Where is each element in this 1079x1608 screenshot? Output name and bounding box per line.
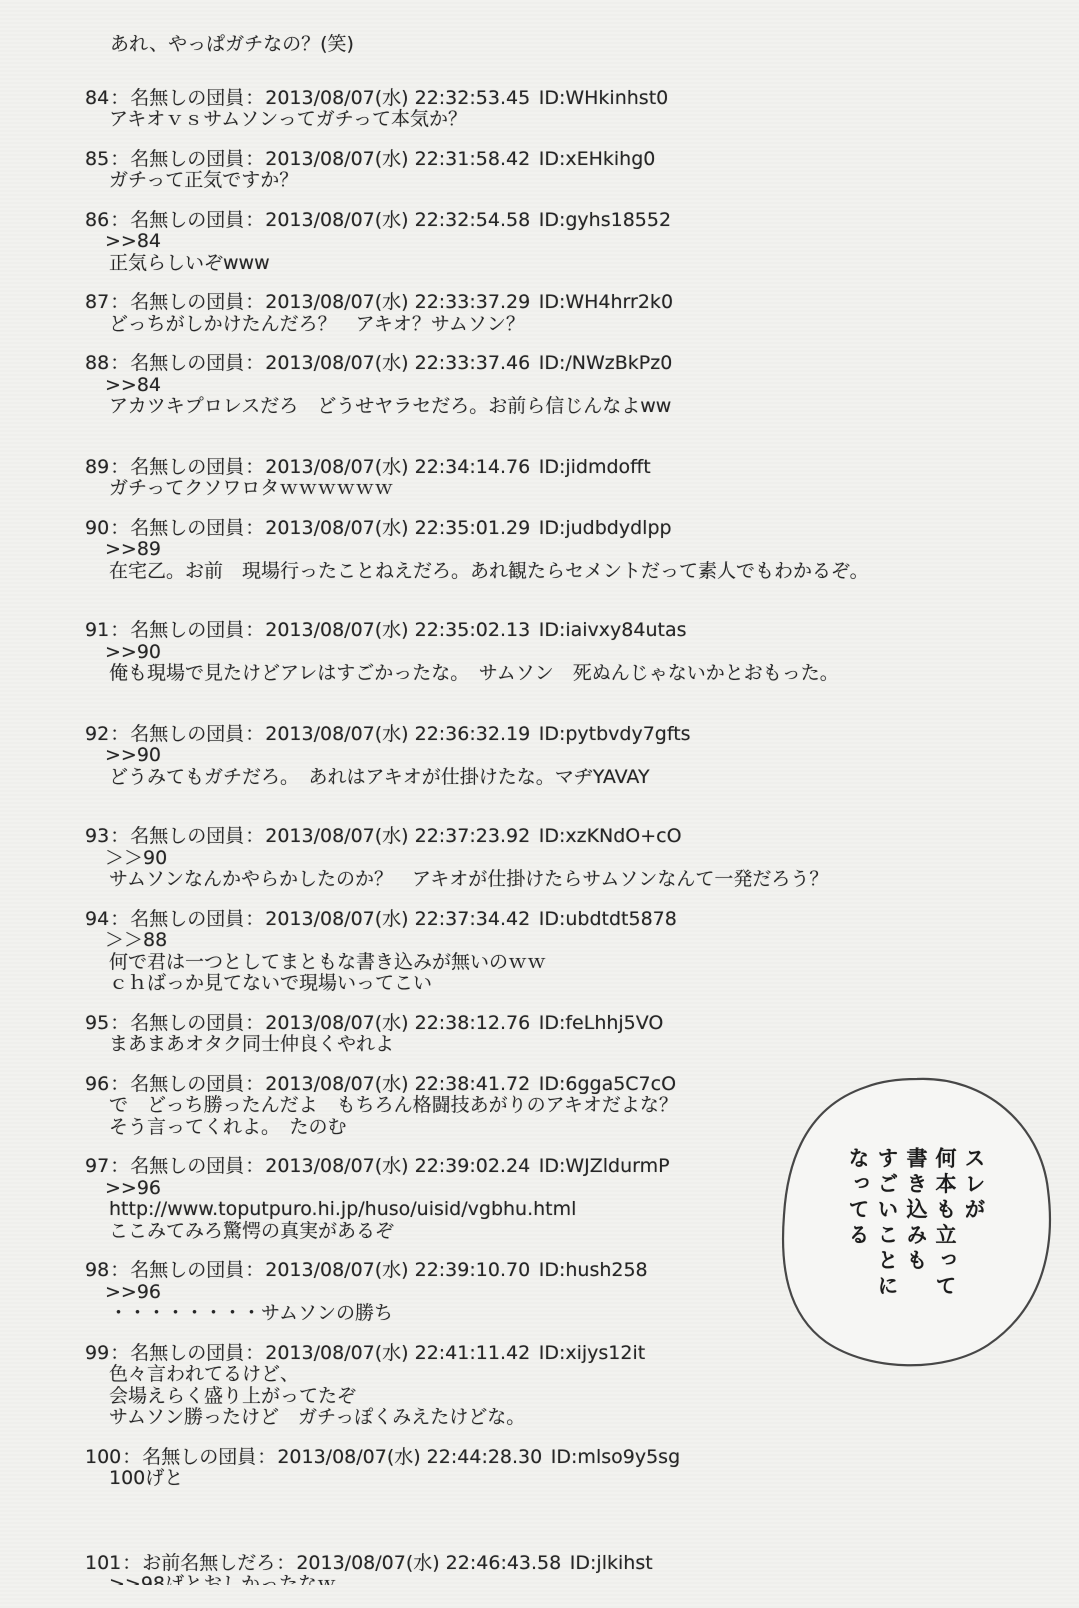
- post-header: 87：名無しの団員：2013/08/07(水) 22:33:37.29ID:WH…: [85, 292, 1079, 314]
- post-datetime: 2013/08/07(水) 22:38:41.72: [265, 1073, 530, 1095]
- poster-name: お前名無しだろ: [142, 1552, 275, 1574]
- post-id: ID:feLhhj5VO: [539, 1012, 664, 1034]
- post-text-line: サムソン勝ったけど ガチっぽくみえたけどな。: [85, 1407, 1079, 1429]
- post-body: ガチって正気ですか？: [85, 170, 1079, 192]
- post-body: >>90どうみてもガチだろ。 あれはアキオが仕掛けたな。マヂYAVAY: [85, 745, 1079, 788]
- post-id: ID:pytbvdy7gfts: [539, 723, 691, 745]
- poster-name: 名無しの団員: [130, 456, 244, 478]
- post-body: まあまあオタク同士仲良くやれよ: [85, 1034, 1079, 1056]
- post-text-line: アカツキプロレスだろ どうせヤラセだろ。お前ら信じんなよww: [85, 396, 1079, 418]
- poster-name: 名無しの団員: [130, 1342, 244, 1364]
- post-header: 84：名無しの団員：2013/08/07(水) 22:32:53.45ID:WH…: [85, 88, 1079, 110]
- separator: ：: [109, 908, 130, 930]
- separator: ：: [121, 1446, 142, 1468]
- post-id: ID:6gga5C7cO: [539, 1073, 676, 1095]
- reply-anchor: >>90: [85, 745, 1079, 767]
- post: 86：名無しの団員：2013/08/07(水) 22:32:54.58ID:gy…: [85, 210, 1079, 275]
- poster-name: 名無しの団員: [130, 352, 244, 374]
- post: 87：名無しの団員：2013/08/07(水) 22:33:37.29ID:WH…: [85, 292, 1079, 335]
- reply-anchor: >>89: [85, 539, 1079, 561]
- poster-name: 名無しの団員: [130, 1073, 244, 1095]
- post-header: 95：名無しの団員：2013/08/07(水) 22:38:12.76ID:fe…: [85, 1013, 1079, 1035]
- post-id: ID:jidmdofft: [539, 456, 651, 478]
- post: 85：名無しの団員：2013/08/07(水) 22:31:58.42ID:xE…: [85, 149, 1079, 192]
- post-header: 100：名無しの団員：2013/08/07(水) 22:44:28.30ID:m…: [85, 1447, 1079, 1469]
- separator: ：: [109, 456, 130, 478]
- intro-line: あれ、やっぱガチなの？(笑): [85, 34, 1079, 56]
- poster-name: 名無しの団員: [130, 209, 244, 231]
- post-number: 100: [85, 1446, 121, 1468]
- post-body: >>84アカツキプロレスだろ どうせヤラセだろ。お前ら信じんなよww: [85, 375, 1079, 418]
- post: 91：名無しの団員：2013/08/07(水) 22:35:02.13ID:ia…: [85, 620, 1079, 685]
- post-datetime: 2013/08/07(水) 22:32:53.45: [265, 87, 530, 109]
- post-number: 91: [85, 619, 109, 641]
- post-text-line: 正気らしいぞwww: [85, 253, 1079, 275]
- post-number: 94: [85, 908, 109, 930]
- separator: ：: [244, 148, 265, 170]
- separator: ：: [244, 456, 265, 478]
- post-text-line: 会場えらく盛り上がってたぞ: [85, 1386, 1079, 1408]
- post-body: 100げと: [85, 1468, 1079, 1490]
- post-body: >>89在宅乙。お前 現場行ったことねえだろ。あれ観たらセメントだって素人でもわ…: [85, 539, 1079, 582]
- reply-anchor: ＞＞88: [85, 930, 1079, 952]
- post-body: ＞＞90サムソンなんかやらかしたのか？ アキオが仕掛けたらサムソンなんて一発だろ…: [85, 848, 1079, 891]
- post-text-line: まあまあオタク同士仲良くやれよ: [85, 1034, 1079, 1056]
- separator: ：: [109, 352, 130, 374]
- separator: ：: [244, 517, 265, 539]
- post-datetime: 2013/08/07(水) 22:33:37.46: [265, 352, 530, 374]
- post-id: ID:/NWzBkPz0: [539, 352, 673, 374]
- separator: ：: [109, 723, 130, 745]
- post-number: 86: [85, 209, 109, 231]
- post-datetime: 2013/08/07(水) 22:37:23.92: [265, 825, 530, 847]
- speech-bubble-text: スレが何本も立って書き込みもすごいことになってる: [843, 1147, 988, 1385]
- separator: ：: [244, 1012, 265, 1034]
- post: 88：名無しの団員：2013/08/07(水) 22:33:37.46ID:/N…: [85, 353, 1079, 418]
- separator: ：: [244, 1073, 265, 1095]
- post-body: どっちがしかけたんだろ？ アキオ？サムソン？: [85, 314, 1079, 336]
- separator: ：: [109, 291, 130, 313]
- post-number: 97: [85, 1155, 109, 1177]
- separator: ：: [109, 1155, 130, 1177]
- post-body: で どっち勝ったんだよ もちろん格闘技あがりのアキオだよな？そう言ってくれよ。 …: [85, 1095, 1079, 1138]
- poster-name: 名無しの団員: [130, 619, 244, 641]
- reply-anchor: >>90: [85, 642, 1079, 664]
- post-number: 90: [85, 517, 109, 539]
- post-id: ID:WH4hrr2k0: [539, 291, 673, 313]
- post-number: 101: [85, 1552, 121, 1574]
- post-datetime: 2013/08/07(水) 22:35:02.13: [265, 619, 530, 641]
- post-body: アキオｖｓサムソンってガチって本気か？: [85, 109, 1079, 131]
- separator: ：: [244, 1342, 265, 1364]
- post-text-line: ガチって正気ですか？: [85, 170, 1079, 192]
- post-datetime: 2013/08/07(水) 22:34:14.76: [265, 456, 530, 478]
- separator: ：: [109, 619, 130, 641]
- separator: ：: [109, 1342, 130, 1364]
- post-body: >>98げとおしかったなｗ: [85, 1574, 1079, 1585]
- post-number: 95: [85, 1012, 109, 1034]
- post: 96：名無しの団員：2013/08/07(水) 22:38:41.72ID:6g…: [85, 1074, 1079, 1139]
- poster-name: 名無しの団員: [130, 1259, 244, 1281]
- post-datetime: 2013/08/07(水) 22:44:28.30: [277, 1446, 542, 1468]
- post-datetime: 2013/08/07(水) 22:37:34.42: [265, 908, 530, 930]
- post-number: 96: [85, 1073, 109, 1095]
- reply-anchor: >>84: [85, 375, 1079, 397]
- post-id: ID:WHkinhst0: [539, 87, 669, 109]
- post-id: ID:mlso9y5sg: [551, 1446, 680, 1468]
- post-datetime: 2013/08/07(水) 22:32:54.58: [265, 209, 530, 231]
- reply-anchor: >>84: [85, 231, 1079, 253]
- post: 93：名無しの団員：2013/08/07(水) 22:37:23.92ID:xz…: [85, 826, 1079, 891]
- separator: ：: [244, 87, 265, 109]
- separator: ：: [244, 291, 265, 313]
- poster-name: 名無しの団員: [130, 148, 244, 170]
- post-header: 85：名無しの団員：2013/08/07(水) 22:31:58.42ID:xE…: [85, 149, 1079, 171]
- poster-name: 名無しの団員: [130, 723, 244, 745]
- post-number: 88: [85, 352, 109, 374]
- post-number: 89: [85, 456, 109, 478]
- post: 92：名無しの団員：2013/08/07(水) 22:36:32.19ID:py…: [85, 724, 1079, 789]
- post-id: ID:judbdydlpp: [539, 517, 672, 539]
- post-id: ID:xzKNdO+cO: [539, 825, 682, 847]
- post-number: 99: [85, 1342, 109, 1364]
- separator: ：: [244, 908, 265, 930]
- post-datetime: 2013/08/07(水) 22:31:58.42: [265, 148, 530, 170]
- post: 90：名無しの団員：2013/08/07(水) 22:35:01.29ID:ju…: [85, 518, 1079, 583]
- separator: ：: [244, 723, 265, 745]
- separator: ：: [256, 1446, 277, 1468]
- post-id: ID:jlkihst: [570, 1552, 653, 1574]
- post-datetime: 2013/08/07(水) 22:38:12.76: [265, 1012, 530, 1034]
- post-text-line: 100げと: [85, 1468, 1079, 1490]
- post-header: 90：名無しの団員：2013/08/07(水) 22:35:01.29ID:ju…: [85, 518, 1079, 540]
- poster-name: 名無しの団員: [130, 291, 244, 313]
- scanned-thread-page: あれ、やっぱガチなの？(笑) 84：名無しの団員：2013/08/07(水) 2…: [0, 0, 1079, 1608]
- post-header: 101：お前名無しだろ：2013/08/07(水) 22:46:43.58ID:…: [85, 1553, 1079, 1575]
- post-header: 96：名無しの団員：2013/08/07(水) 22:38:41.72ID:6g…: [85, 1074, 1079, 1096]
- post-text-line: アキオｖｓサムソンってガチって本気か？: [85, 109, 1079, 131]
- post-header: 91：名無しの団員：2013/08/07(水) 22:35:02.13ID:ia…: [85, 620, 1079, 642]
- post-body: ガチってクソワロタｗｗｗｗｗｗ: [85, 478, 1079, 500]
- post-datetime: 2013/08/07(水) 22:33:37.29: [265, 291, 530, 313]
- post: 89：名無しの団員：2013/08/07(水) 22:34:14.76ID:ji…: [85, 457, 1079, 500]
- separator: ：: [109, 825, 130, 847]
- post-number: 98: [85, 1259, 109, 1281]
- post-header: 92：名無しの団員：2013/08/07(水) 22:36:32.19ID:py…: [85, 724, 1079, 746]
- post-body: >>90俺も現場で見たけどアレはすごかったな。 サムソン 死ぬんじゃないかとおも…: [85, 642, 1079, 685]
- poster-name: 名無しの団員: [142, 1446, 256, 1468]
- post-body: >>84正気らしいぞwww: [85, 231, 1079, 274]
- separator: ：: [244, 209, 265, 231]
- post-id: ID:gyhs18552: [539, 209, 671, 231]
- separator: ：: [109, 209, 130, 231]
- post-header: 93：名無しの団員：2013/08/07(水) 22:37:23.92ID:xz…: [85, 826, 1079, 848]
- post-text-line: ｃｈばっか見てないで現場いってこい: [85, 973, 1079, 995]
- separator: ：: [109, 87, 130, 109]
- post-id: ID:iaivxy84utas: [539, 619, 687, 641]
- post-text-line: ガチってクソワロタｗｗｗｗｗｗ: [85, 478, 1079, 500]
- post-body: ＞＞88何で君は一つとしてまともな書き込みが無いのｗｗｃｈばっか見てないで現場い…: [85, 930, 1079, 995]
- post-number: 85: [85, 148, 109, 170]
- post-text-line: どっちがしかけたんだろ？ アキオ？サムソン？: [85, 314, 1079, 336]
- post-header: 86：名無しの団員：2013/08/07(水) 22:32:54.58ID:gy…: [85, 210, 1079, 232]
- post: 95：名無しの団員：2013/08/07(水) 22:38:12.76ID:fe…: [85, 1013, 1079, 1056]
- post-text-line: どうみてもガチだろ。 あれはアキオが仕掛けたな。マヂYAVAY: [85, 767, 1079, 789]
- post-id: ID:xijys12it: [539, 1342, 646, 1364]
- separator: ：: [244, 825, 265, 847]
- separator: ：: [109, 148, 130, 170]
- poster-name: 名無しの団員: [130, 825, 244, 847]
- bubble-text-column: スレが: [959, 1147, 988, 1385]
- post: 100：名無しの団員：2013/08/07(水) 22:44:28.30ID:m…: [85, 1447, 1079, 1490]
- poster-name: 名無しの団員: [130, 517, 244, 539]
- post-header: 94：名無しの団員：2013/08/07(水) 22:37:34.42ID:ub…: [85, 909, 1079, 931]
- post-text-line: 俺も現場で見たけどアレはすごかったな。 サムソン 死ぬんじゃないかとおもった。: [85, 663, 1079, 685]
- separator: ：: [275, 1552, 296, 1574]
- post-text-line: サムソンなんかやらかしたのか？ アキオが仕掛けたらサムソンなんて一発だろう？: [85, 869, 1079, 891]
- poster-name: 名無しの団員: [130, 87, 244, 109]
- post-id: ID:ubdtdt5878: [539, 908, 677, 930]
- clipped-text-line: >>98げとおしかったなｗ: [85, 1574, 1079, 1585]
- separator: ：: [109, 1259, 130, 1281]
- separator: ：: [109, 517, 130, 539]
- separator: ：: [244, 352, 265, 374]
- separator: ：: [244, 619, 265, 641]
- bubble-text-column: なってる: [843, 1147, 872, 1385]
- bubble-text-column: 何本も立って: [930, 1147, 959, 1385]
- post: 101：お前名無しだろ：2013/08/07(水) 22:46:43.58ID:…: [85, 1553, 1079, 1586]
- post: 94：名無しの団員：2013/08/07(水) 22:37:34.42ID:ub…: [85, 909, 1079, 995]
- post-id: ID:WJZldurmP: [539, 1155, 670, 1177]
- bubble-text-column: 書き込みも: [901, 1147, 930, 1385]
- post: 84：名無しの団員：2013/08/07(水) 22:32:53.45ID:WH…: [85, 88, 1079, 131]
- separator: ：: [109, 1012, 130, 1034]
- post-datetime: 2013/08/07(水) 22:35:01.29: [265, 517, 530, 539]
- post-datetime: 2013/08/07(水) 22:39:10.70: [265, 1259, 530, 1281]
- separator: ：: [121, 1552, 142, 1574]
- post-datetime: 2013/08/07(水) 22:41:11.42: [265, 1342, 530, 1364]
- separator: ：: [244, 1259, 265, 1281]
- post-number: 87: [85, 291, 109, 313]
- reply-anchor: ＞＞90: [85, 848, 1079, 870]
- post-number: 92: [85, 723, 109, 745]
- post-datetime: 2013/08/07(水) 22:46:43.58: [296, 1552, 561, 1574]
- post-header: 88：名無しの団員：2013/08/07(水) 22:33:37.46ID:/N…: [85, 353, 1079, 375]
- poster-name: 名無しの団員: [130, 1012, 244, 1034]
- post-text-line: 在宅乙。お前 現場行ったことねえだろ。あれ観たらセメントだって素人でもわかるぞ。: [85, 561, 1079, 583]
- post-number: 93: [85, 825, 109, 847]
- separator: ：: [109, 1073, 130, 1095]
- separator: ：: [244, 1155, 265, 1177]
- poster-name: 名無しの団員: [130, 1155, 244, 1177]
- post-datetime: 2013/08/07(水) 22:36:32.19: [265, 723, 530, 745]
- post-number: 84: [85, 87, 109, 109]
- post-text-line: そう言ってくれよ。 たのむ: [85, 1117, 1079, 1139]
- post-id: ID:xEHkihg0: [539, 148, 656, 170]
- post-header: 89：名無しの団員：2013/08/07(水) 22:34:14.76ID:ji…: [85, 457, 1079, 479]
- poster-name: 名無しの団員: [130, 908, 244, 930]
- bubble-text-column: すごいことに: [872, 1147, 901, 1385]
- post-text-line: 何で君は一つとしてまともな書き込みが無いのｗｗ: [85, 952, 1079, 974]
- post-datetime: 2013/08/07(水) 22:39:02.24: [265, 1155, 530, 1177]
- post-id: ID:hush258: [539, 1259, 648, 1281]
- post-text-line: で どっち勝ったんだよ もちろん格闘技あがりのアキオだよな？: [85, 1095, 1079, 1117]
